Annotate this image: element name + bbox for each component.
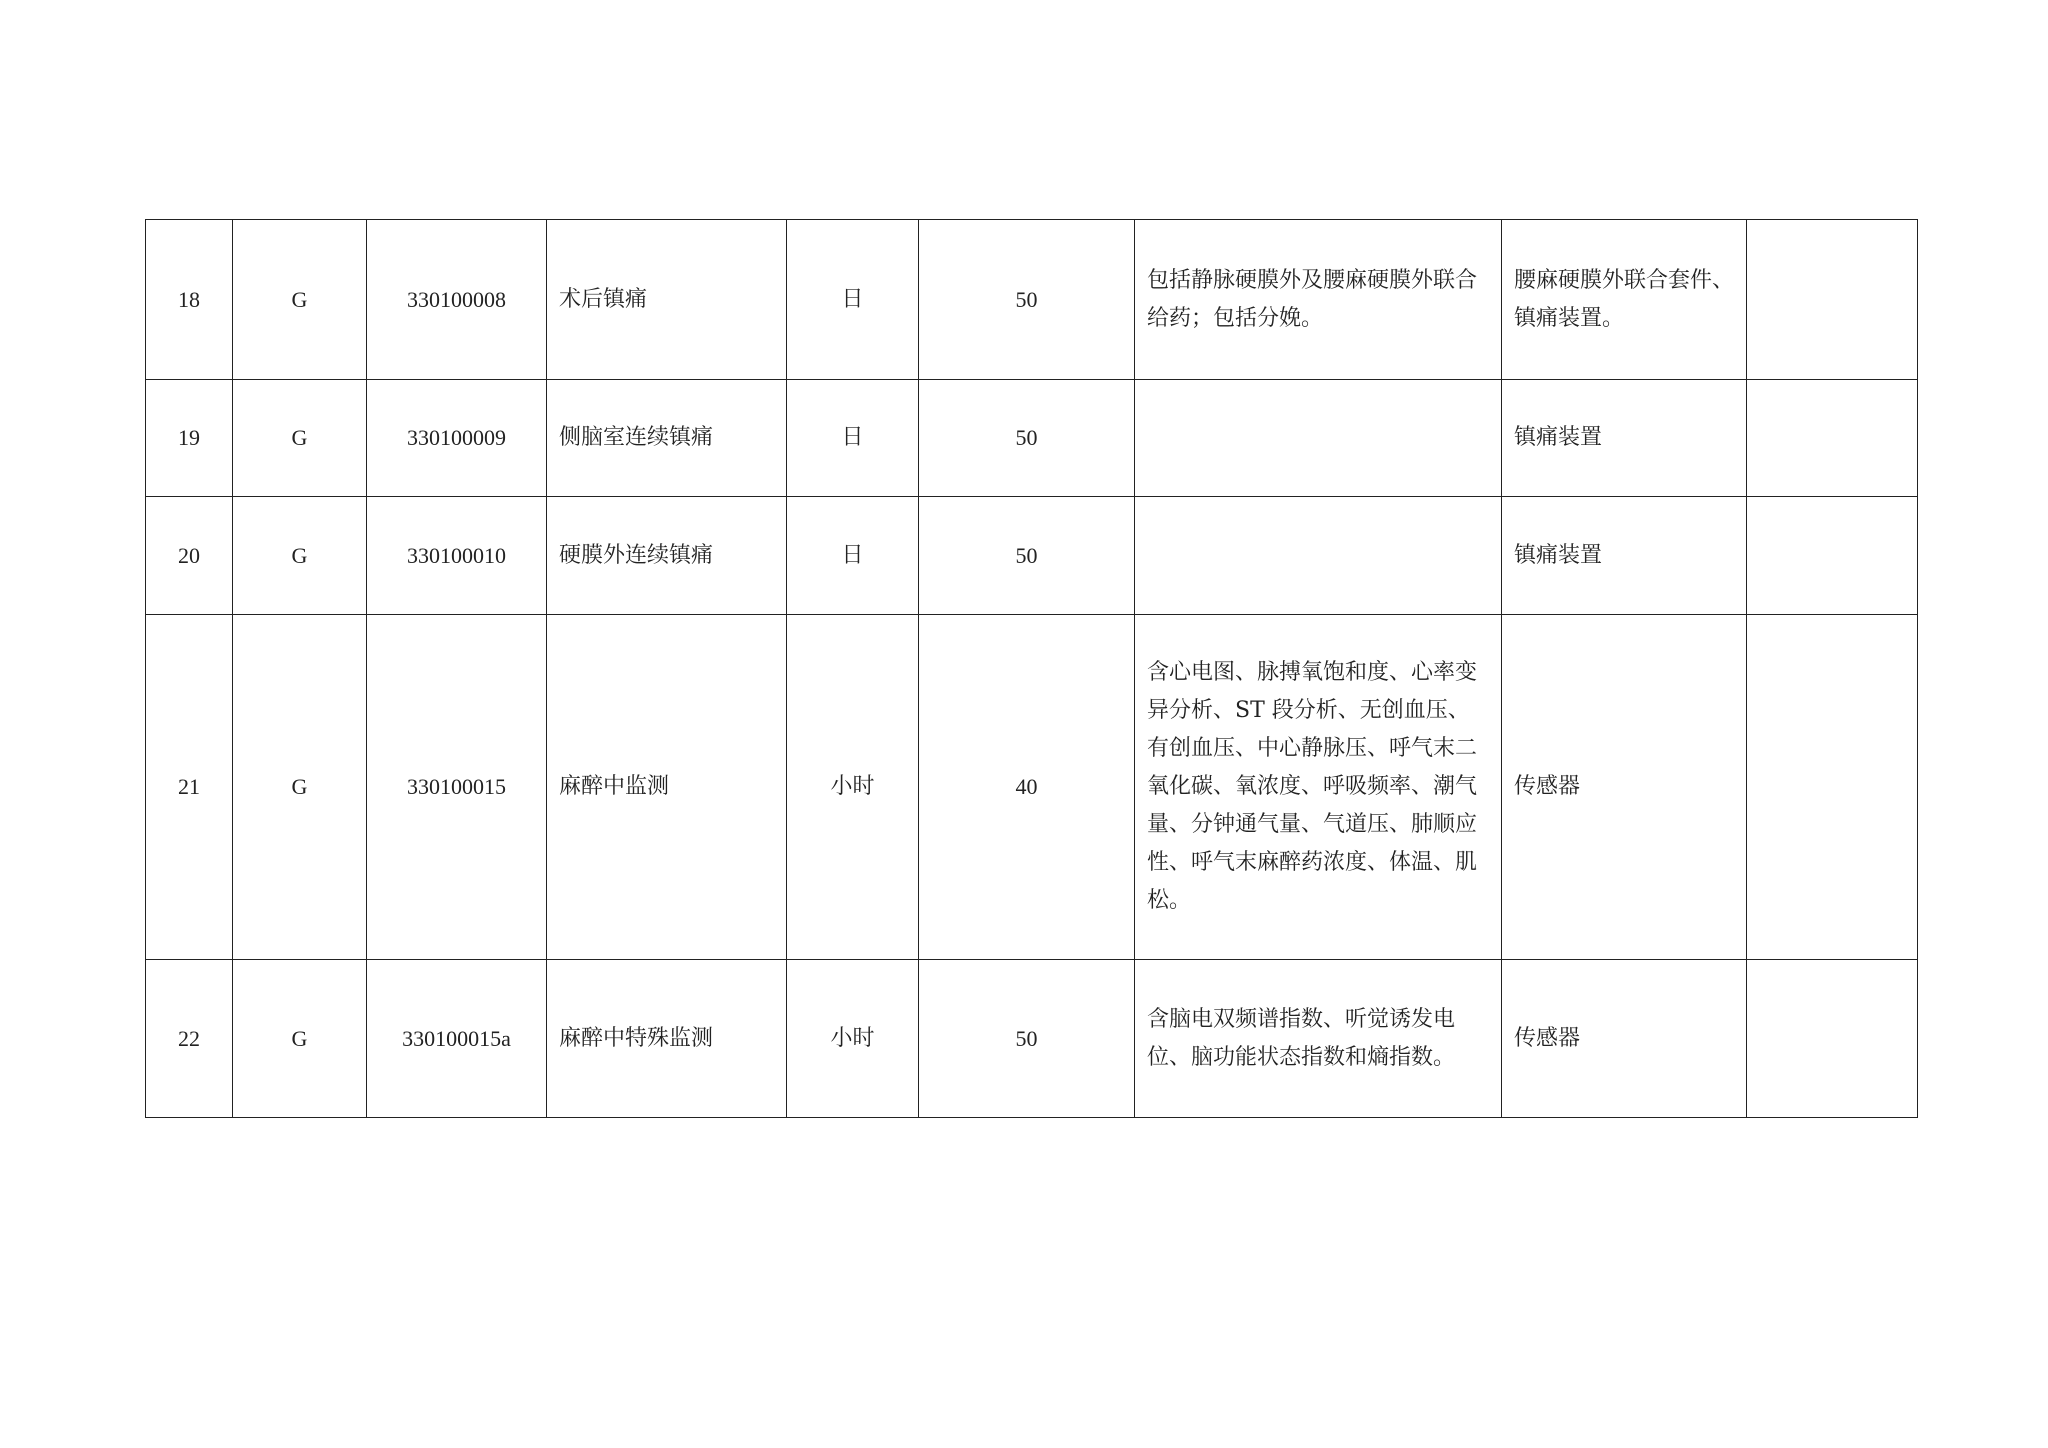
table-row: 18 G 330100008 术后镇痛 日 50 包括静脉硬膜外及腰麻硬膜外联合… — [146, 220, 1918, 380]
item-code: 330100015a — [367, 960, 547, 1118]
unit: 日 — [787, 380, 919, 497]
note — [1747, 497, 1918, 615]
table-row: 21 G 330100015 麻醉中监测 小时 40 含心电图、脉搏氧饱和度、心… — [146, 615, 1918, 960]
item-name: 硬膜外连续镇痛 — [547, 497, 787, 615]
item-name: 麻醉中特殊监测 — [547, 960, 787, 1118]
excluded-items: 镇痛装置 — [1502, 497, 1747, 615]
item-code: 330100010 — [367, 497, 547, 615]
item-content — [1135, 380, 1502, 497]
item-content: 包括静脉硬膜外及腰麻硬膜外联合给药；包括分娩。 — [1135, 220, 1502, 380]
excluded-items: 传感器 — [1502, 615, 1747, 960]
category: G — [233, 380, 367, 497]
row-number: 22 — [146, 960, 233, 1118]
table-row: 22 G 330100015a 麻醉中特殊监测 小时 50 含脑电双频谱指数、听… — [146, 960, 1918, 1118]
row-number: 18 — [146, 220, 233, 380]
pricing-table: 18 G 330100008 术后镇痛 日 50 包括静脉硬膜外及腰麻硬膜外联合… — [145, 219, 1918, 1118]
unit: 日 — [787, 497, 919, 615]
item-content — [1135, 497, 1502, 615]
price: 50 — [919, 960, 1135, 1118]
item-code: 330100009 — [367, 380, 547, 497]
category: G — [233, 960, 367, 1118]
item-code: 330100015 — [367, 615, 547, 960]
note — [1747, 615, 1918, 960]
item-content: 含心电图、脉搏氧饱和度、心率变异分析、ST 段分析、无创血压、有创血压、中心静脉… — [1135, 615, 1502, 960]
table-row: 20 G 330100010 硬膜外连续镇痛 日 50 镇痛装置 — [146, 497, 1918, 615]
category: G — [233, 220, 367, 380]
note — [1747, 220, 1918, 380]
table-row: 19 G 330100009 侧脑室连续镇痛 日 50 镇痛装置 — [146, 380, 1918, 497]
price: 40 — [919, 615, 1135, 960]
item-code: 330100008 — [367, 220, 547, 380]
price: 50 — [919, 380, 1135, 497]
row-number: 21 — [146, 615, 233, 960]
item-name: 侧脑室连续镇痛 — [547, 380, 787, 497]
unit: 日 — [787, 220, 919, 380]
price: 50 — [919, 497, 1135, 615]
category: G — [233, 497, 367, 615]
row-number: 20 — [146, 497, 233, 615]
item-name: 术后镇痛 — [547, 220, 787, 380]
unit: 小时 — [787, 960, 919, 1118]
price: 50 — [919, 220, 1135, 380]
note — [1747, 960, 1918, 1118]
category: G — [233, 615, 367, 960]
excluded-items: 传感器 — [1502, 960, 1747, 1118]
item-content: 含脑电双频谱指数、听觉诱发电位、脑功能状态指数和熵指数。 — [1135, 960, 1502, 1118]
excluded-items: 镇痛装置 — [1502, 380, 1747, 497]
item-name: 麻醉中监测 — [547, 615, 787, 960]
unit: 小时 — [787, 615, 919, 960]
row-number: 19 — [146, 380, 233, 497]
excluded-items: 腰麻硬膜外联合套件、镇痛装置。 — [1502, 220, 1747, 380]
note — [1747, 380, 1918, 497]
